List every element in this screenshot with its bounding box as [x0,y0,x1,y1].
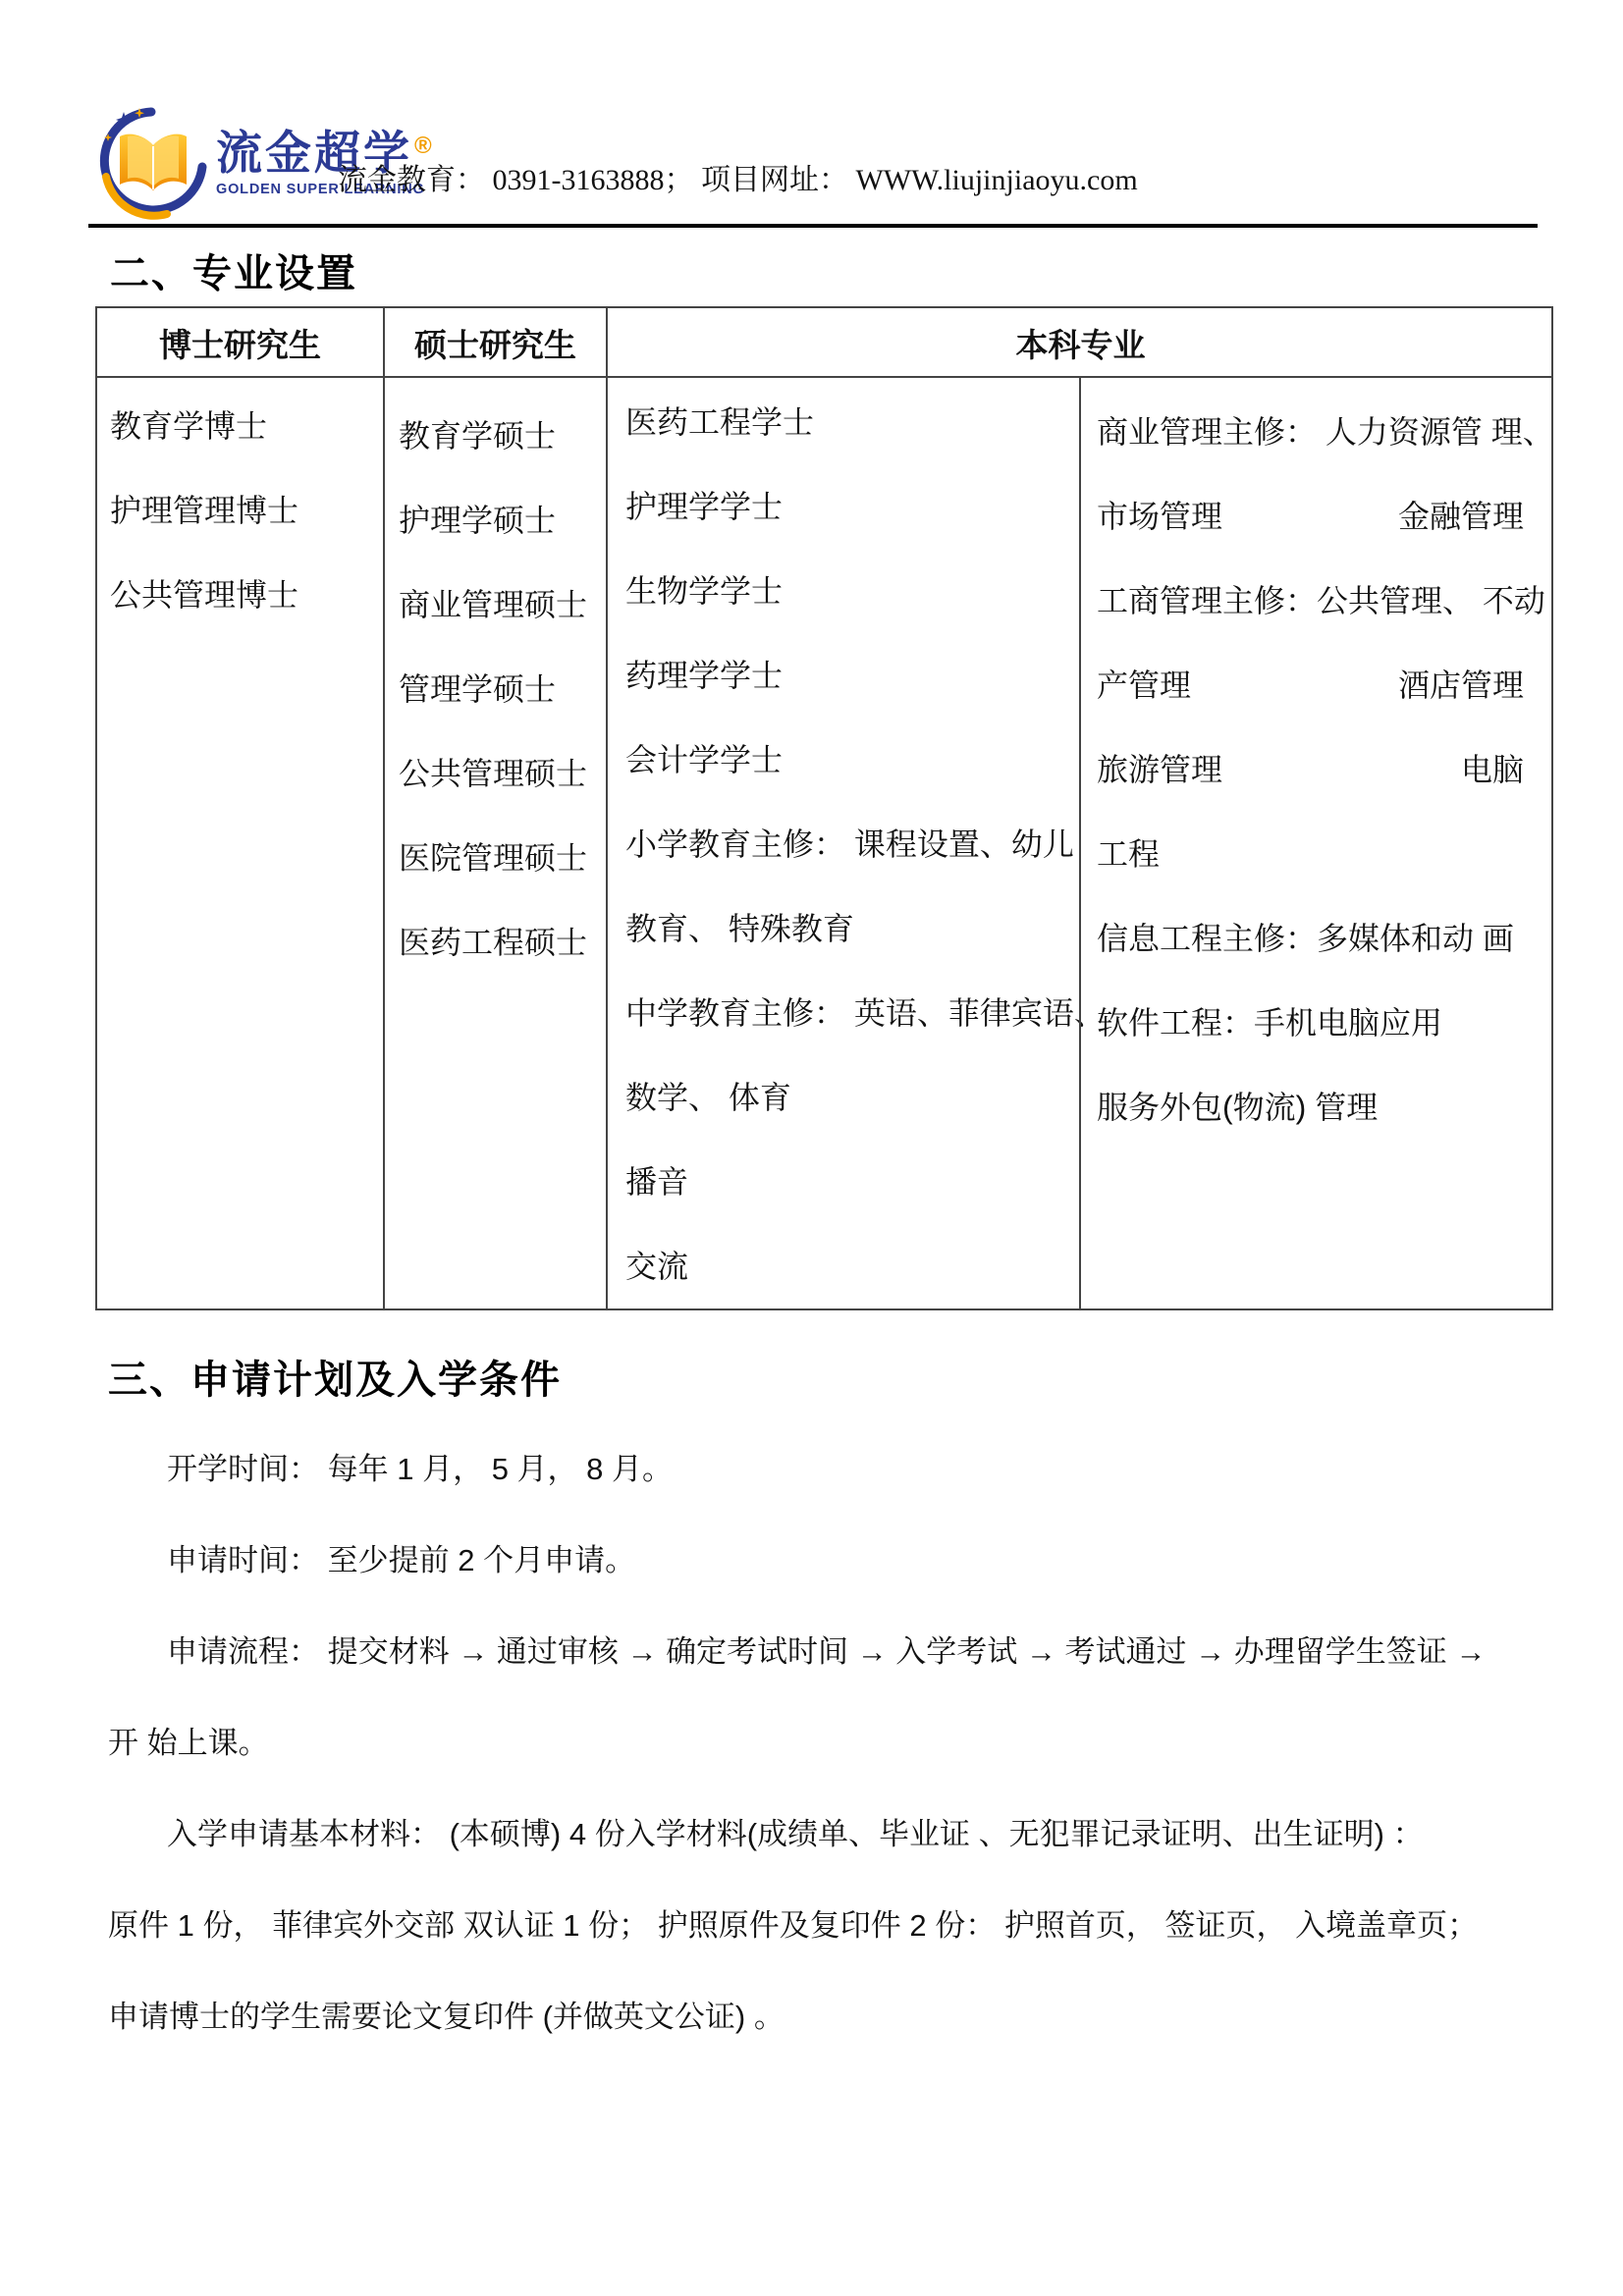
major-item: 医药工程学士 [625,380,1071,464]
undergraduate-majors-right-cell: 商业管理主修： 人力资源管 理、市场管理金融管理工商管理主修：公共管理、 不动产… [1079,378,1551,1308]
major-item: 交流 [625,1224,1071,1308]
header-undergraduate: 本科专业 [606,308,1553,376]
major-item: 医药工程硕士 [399,900,598,985]
paragraph: 开学时间： 每年 1 月， 5 月， 8 月。 [108,1447,1527,1492]
major-item: 生物学学士 [625,549,1071,633]
undergraduate-majors-left-cell: 医药工程学士护理学学士生物学学士药理学学士会计学学士小学教育主修： 课程设置、幼… [606,378,1079,1308]
majors-table: 博士研究生 硕士研究生 本科专业 教育学博士护理管理博士公共管理博士 教育学硕士… [95,306,1553,1310]
doctoral-majors-cell: 教育学博士护理管理博士公共管理博士 [97,378,383,1308]
major-item: 教育、 特殊教育 [625,886,1071,971]
contact-info: 流金教育： 0391-3163888； 项目网址： WWW.liujinjiao… [338,155,1138,198]
major-item: 会计学学士 [625,718,1071,802]
section2-title: 二、专业设置 [110,242,357,298]
header-masters: 硕士研究生 [383,308,606,376]
major-item: 护理学学士 [625,464,1071,549]
major-item: 护理管理博士 [110,468,375,553]
major-item: 公共管理硕士 [399,731,598,816]
major-item: 药理学学士 [625,633,1071,718]
paragraph: 申请时间： 至少提前 2 个月申请。 [108,1538,1527,1583]
paragraph: 原件 1 份， 菲律宾外交部 双认证 1 份； 护照原件及复印件 2 份： 护照… [108,1903,1527,1949]
major-item: 服务外包(物流) 管理 [1097,1065,1524,1149]
majors-table-body: 教育学博士护理管理博士公共管理博士 教育学硕士护理学硕士商业管理硕士管理学硕士公… [97,378,1551,1308]
paragraph: 申请流程： 提交材料 → 通过审核 → 确定考试时间 → 入学考试 → 考试通过… [108,1629,1527,1675]
paragraph: 申请博士的学生需要论文复印件 (并做英文公证) 。 [108,1995,1527,2040]
section3: 三、申请计划及入学条件 开学时间： 每年 1 月， 5 月， 8 月。申请时间：… [108,1355,1527,2086]
major-item: 信息工程主修：多媒体和动 画 [1097,896,1524,981]
paragraph: 开 始上课。 [108,1721,1527,1766]
major-item: 中学教育主修： 英语、菲律宾语、 [625,971,1071,1055]
major-item: 播音 [625,1140,1071,1224]
major-item: 医院管理硕士 [399,816,598,900]
section3-paragraphs: 开学时间： 每年 1 月， 5 月， 8 月。申请时间： 至少提前 2 个月申请… [108,1447,1527,2040]
major-item: 护理学硕士 [399,478,598,562]
paragraph: 入学申请基本材料： (本硕博) 4 份入学材料(成绩单、毕业证 、无犯罪记录证明… [108,1812,1527,1857]
major-item: 产管理酒店管理 [1097,643,1524,727]
header-doctoral: 博士研究生 [97,308,383,376]
open-book-logo-icon [94,104,212,222]
majors-table-header-row: 博士研究生 硕士研究生 本科专业 [97,308,1551,378]
major-item: 工商管理主修：公共管理、 不动 [1097,559,1524,643]
major-item: 市场管理金融管理 [1097,474,1524,559]
major-item: 小学教育主修： 课程设置、幼儿 [625,802,1071,886]
document-page: 流金超学® GOLDEN SUPER LEARNING 流金教育： 0391-3… [0,0,1623,2296]
major-item: 公共管理博士 [110,553,375,637]
major-item: 商业管理硕士 [399,562,598,647]
major-item: 工程 [1097,812,1524,896]
major-item: 管理学硕士 [399,647,598,731]
header-divider [88,224,1538,228]
major-item: 商业管理主修： 人力资源管 理、 [1097,390,1524,474]
major-item: 教育学博士 [110,384,375,468]
section3-title: 三、申请计划及入学条件 [108,1355,1527,1406]
masters-majors-cell: 教育学硕士护理学硕士商业管理硕士管理学硕士公共管理硕士医院管理硕士医药工程硕士 [383,378,606,1308]
major-item: 旅游管理电脑 [1097,727,1524,812]
major-item: 软件工程：手机电脑应用 [1097,981,1524,1065]
major-item: 数学、 体育 [625,1055,1071,1140]
major-item: 教育学硕士 [399,394,598,478]
